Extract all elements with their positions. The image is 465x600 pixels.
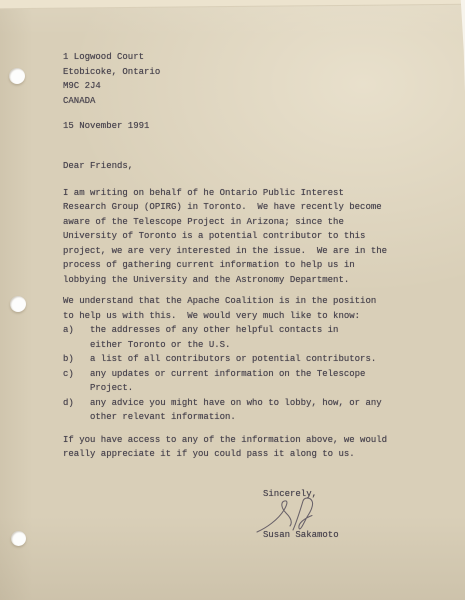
signed-name: Susan Sakamoto xyxy=(263,528,339,543)
letter-paper: 1 Logwood Court Etobicoke, Ontario M9C 2… xyxy=(0,0,465,600)
paragraph-1: I am writing on behalf of he Ontario Pub… xyxy=(63,186,387,288)
paragraph-3: If you have access to any of the informa… xyxy=(63,433,387,462)
punch-hole-top xyxy=(9,68,25,84)
punch-hole-bottom xyxy=(11,531,26,546)
paragraph-2: We understand that the Apache Coalition … xyxy=(63,294,382,425)
scan-edge-sliver xyxy=(460,0,465,92)
salutation: Dear Friends, xyxy=(63,159,133,174)
punch-hole-middle xyxy=(10,296,26,312)
paper-top-edge xyxy=(0,0,465,9)
letter-date: 15 November 1991 xyxy=(63,119,149,134)
sender-address: 1 Logwood Court Etobicoke, Ontario M9C 2… xyxy=(63,50,160,108)
